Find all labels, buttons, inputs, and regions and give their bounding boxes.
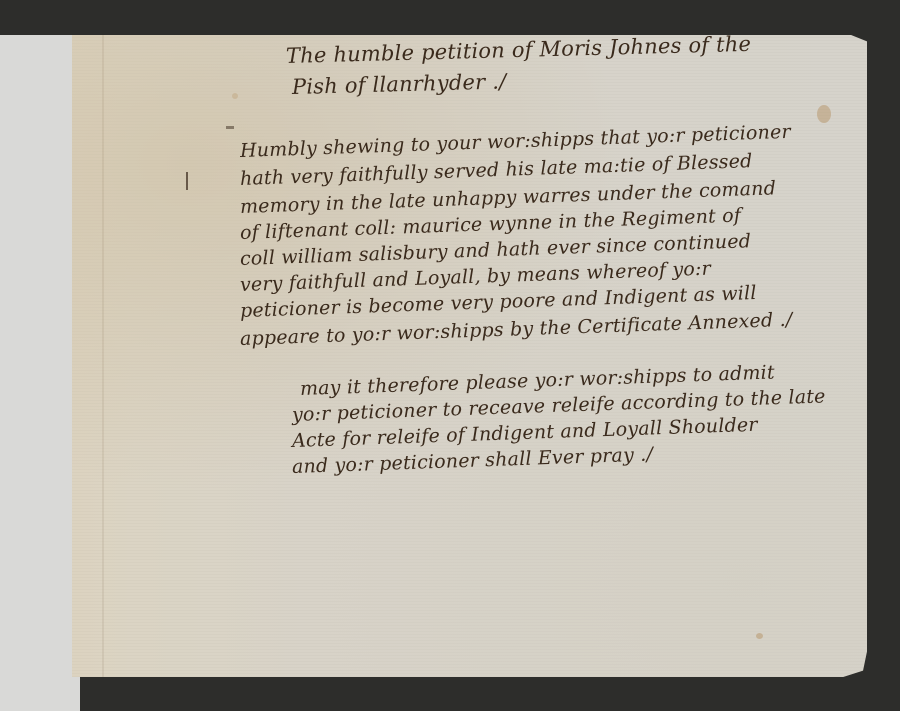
stain [817,105,831,123]
stain [756,633,763,639]
paper-crease [102,35,104,677]
ink-mark [226,126,234,129]
stain [232,93,238,99]
ink-mark [186,172,188,190]
mounting-board [0,35,80,711]
